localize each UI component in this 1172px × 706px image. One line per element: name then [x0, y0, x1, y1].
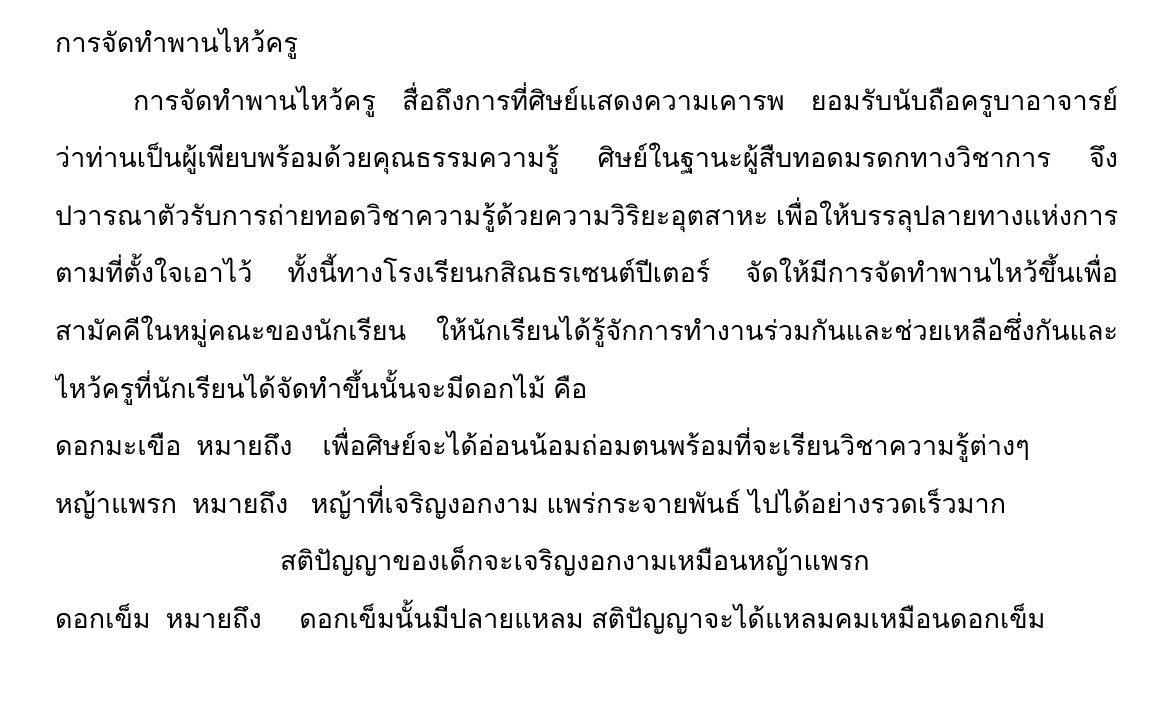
paragraph-line: ปวารณาตัวรับการถ่ายทอดวิชาความรู้ด้วยควา… [55, 188, 1118, 246]
flower-meaning-line-yaphraek: หญ้าแพรก หมายถึง หญ้าที่เจริญงอกงาม แพร่… [55, 476, 1118, 534]
paragraph-line: สามัคคีในหมู่คณะของนักเรียน ให้นักเรียนไ… [55, 303, 1118, 361]
flower-meaning-line-yaphraek-continued: สติปัญญาของเด็กจะเจริญงอกงามเหมือนหญ้าแพ… [55, 533, 1118, 591]
flower-meaning-line-dokkhem: ดอกเข็ม หมายถึง ดอกเข็มนั้นมีปลายแหลม สต… [55, 591, 1118, 649]
paragraph-line: การจัดทำพานไหว้ครู สื่อถึงการที่ศิษย์แสด… [55, 73, 1118, 131]
document-page: การจัดทำพานไหว้ครู การจัดทำพานไหว้ครู สื… [0, 0, 1172, 706]
flower-meaning-line-makheua: ดอกมะเขือ หมายถึง เพื่อศิษย์จะได้อ่อนน้อ… [55, 418, 1118, 476]
paragraph-line: ว่าท่านเป็นผู้เพียบพร้อมด้วยคุณธรรมความร… [55, 130, 1118, 188]
paragraph-line: ตามที่ตั้งใจเอาไว้ ทั้งนี้ทางโรงเรียนกสิ… [55, 245, 1118, 303]
document-title: การจัดทำพานไหว้ครู [55, 15, 1118, 73]
paragraph-line: ไหว้ครูที่นักเรียนได้จัดทำขึ้นนั้นจะมีดอ… [55, 361, 1118, 419]
